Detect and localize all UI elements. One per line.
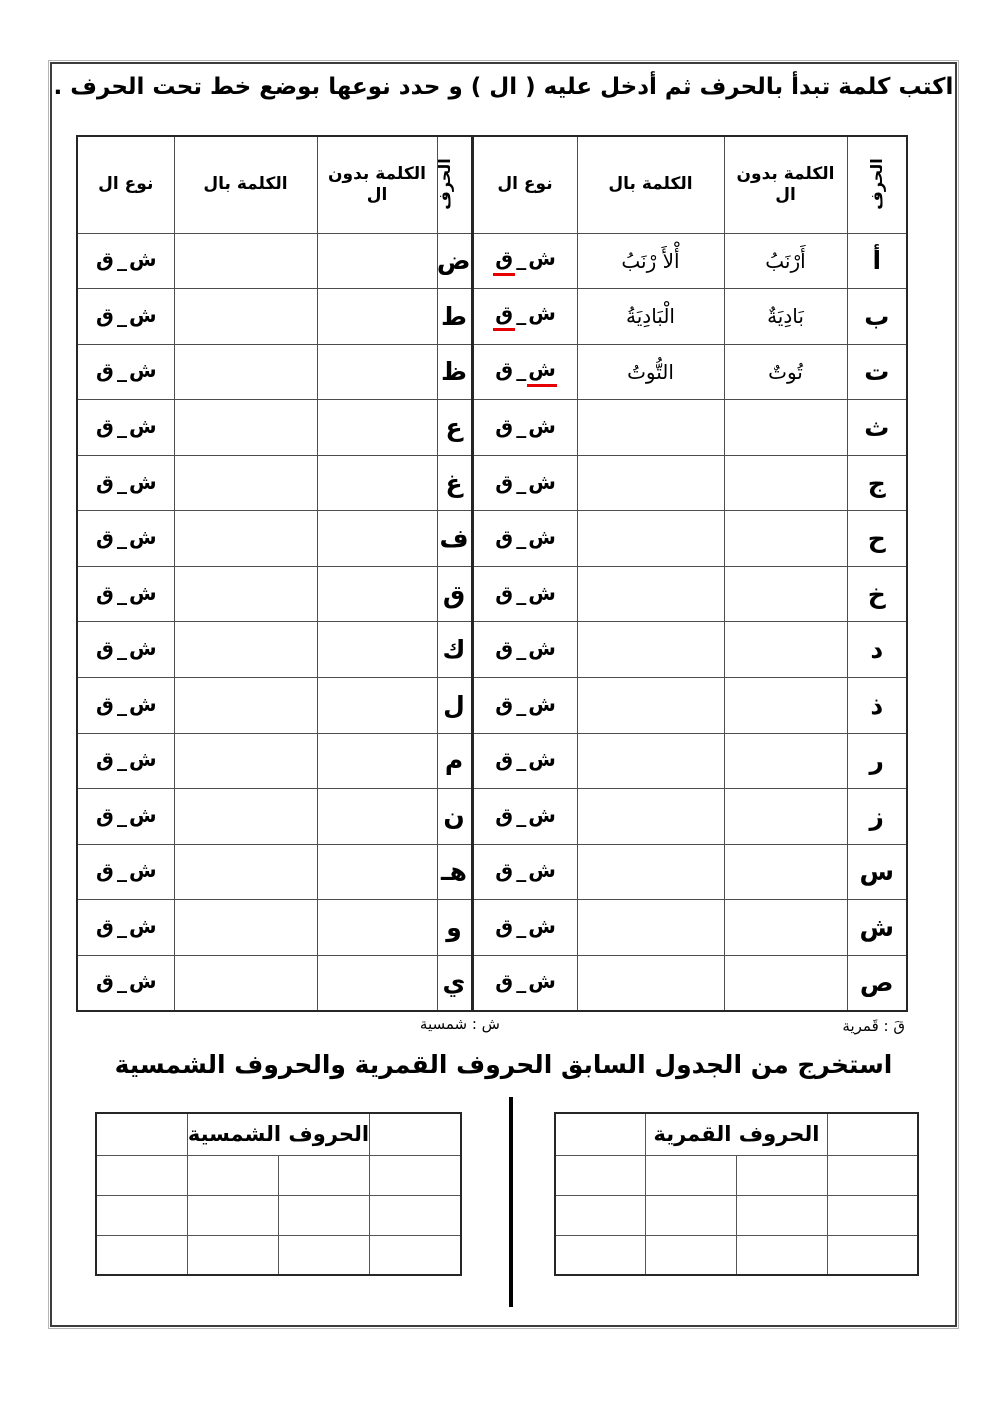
word-without-al-cell-left <box>317 955 437 1011</box>
answer-cell <box>555 1235 646 1275</box>
moon-option: ق <box>94 414 116 441</box>
answer-cell <box>96 1195 187 1235</box>
sun-option: ش <box>128 969 158 996</box>
option-separator: _ <box>116 969 128 993</box>
moon-option: ق <box>94 581 116 608</box>
answer-row <box>96 1155 461 1195</box>
sun-option: ش <box>128 803 158 830</box>
word-with-al-cell-right <box>577 955 724 1011</box>
extract-instruction-title: استخرج من الجدول السابق الحروف القمرية و… <box>52 1050 955 1079</box>
sun-option: ش <box>128 581 158 608</box>
moon-option: ق <box>94 525 116 552</box>
sun-option: ش <box>527 470 557 497</box>
sun-option: ش <box>527 914 557 941</box>
sun-option: ش <box>128 303 158 330</box>
option-separator: _ <box>116 747 128 771</box>
moon-option: ق <box>493 969 515 996</box>
word-with-al-cell-left <box>174 678 317 734</box>
moon-option: ق <box>94 247 116 274</box>
table-row: خ ش_ق ق ش_ق <box>77 566 907 622</box>
answer-cell <box>370 1155 461 1195</box>
table-row: ر ش_ق م ش_ق <box>77 733 907 789</box>
al-type-cell-right: ش_ق <box>472 733 577 789</box>
word-without-al-cell-right <box>724 511 847 567</box>
sun-option: ش <box>527 246 557 273</box>
header-al-type-left: نوع ال <box>77 136 174 233</box>
option-separator: _ <box>116 358 128 382</box>
word-with-al-cell-left <box>174 455 317 511</box>
word-with-al-cell-left <box>174 511 317 567</box>
moon-option: ق <box>493 470 515 497</box>
letter-cell-right: ش <box>847 900 907 956</box>
answer-cell <box>737 1155 828 1195</box>
sun-table-title: الحروف الشمسية <box>187 1113 370 1155</box>
word-with-al-cell-left <box>174 733 317 789</box>
instruction-title: اكتب كلمة تبدأ بالحرف ثم أدخل عليه ( ال … <box>52 74 955 100</box>
al-type-cell-left: ش_ق <box>77 789 174 845</box>
table-row: س ش_ق هـ ش_ق <box>77 844 907 900</box>
option-separator: _ <box>515 525 527 549</box>
word-without-al-cell-right <box>724 455 847 511</box>
sun-option: ش <box>527 858 557 885</box>
al-type-cell-right: ش_ق <box>472 789 577 845</box>
moon-option: ق <box>94 914 116 941</box>
answer-cell <box>370 1235 461 1275</box>
option-separator: _ <box>515 692 527 716</box>
option-separator: _ <box>515 414 527 438</box>
moon-option: ق <box>493 636 515 663</box>
legend-sun: ش : شمسية <box>420 1015 500 1033</box>
option-separator: _ <box>515 470 527 494</box>
al-type-cell-left: ش_ق <box>77 511 174 567</box>
sun-option: ش <box>527 969 557 996</box>
answer-cell <box>827 1155 918 1195</box>
word-with-al-cell-right: أْلأَ رْنَبُ <box>577 233 724 289</box>
letter-cell-left: ف <box>437 511 472 567</box>
empty-cell <box>827 1113 918 1155</box>
letter-header-rotated: الحرف <box>437 158 455 210</box>
empty-cell <box>555 1113 646 1155</box>
al-type-cell-right: ش_ق <box>472 955 577 1011</box>
word-with-al-cell-left <box>174 900 317 956</box>
table-row: أ أَرْنَبُ أْلأَ رْنَبُ ش_ق ض ش_ق <box>77 233 907 289</box>
word-with-al-cell-left <box>174 844 317 900</box>
option-separator: _ <box>515 803 527 827</box>
word-without-al-cell-left <box>317 678 437 734</box>
option-separator: _ <box>515 636 527 660</box>
letter-cell-left: غ <box>437 455 472 511</box>
al-type-cell-left: ش_ق <box>77 400 174 456</box>
table-row: ص ش_ق ي ش_ق <box>77 955 907 1011</box>
moon-option: ق <box>493 858 515 885</box>
word-without-al-cell-right <box>724 622 847 678</box>
word-without-al-cell-right: بَادِيَةٌ <box>724 289 847 345</box>
moon-option: ق <box>493 357 515 384</box>
table-row: د ش_ق ك ش_ق <box>77 622 907 678</box>
al-type-cell-left: ش_ق <box>77 233 174 289</box>
word-without-al-cell-left <box>317 566 437 622</box>
empty-cell <box>96 1113 187 1155</box>
word-without-al-cell-left <box>317 511 437 567</box>
moon-option: ق <box>493 525 515 552</box>
word-without-al-cell-right <box>724 733 847 789</box>
header-word-with-al-right: الكلمة بال <box>577 136 724 233</box>
empty-cell <box>370 1113 461 1155</box>
word-without-al-cell-left <box>317 289 437 345</box>
option-separator: _ <box>116 247 128 271</box>
answer-cell <box>827 1195 918 1235</box>
word-with-al-cell-right: الْبَادِيَةُ <box>577 289 724 345</box>
word-with-al-cell-right <box>577 678 724 734</box>
word-without-al-cell-right <box>724 955 847 1011</box>
al-type-cell-left: ش_ق <box>77 900 174 956</box>
moon-option: ق <box>94 803 116 830</box>
moon-option: ق <box>493 414 515 441</box>
letter-cell-right: ز <box>847 789 907 845</box>
moon-option: ق <box>493 747 515 774</box>
legend-moon: قَ : قَمرية <box>842 1017 905 1035</box>
moon-option: ق <box>493 914 515 941</box>
word-with-al-cell-right <box>577 622 724 678</box>
al-type-cell-left: ش_ق <box>77 678 174 734</box>
answer-cell <box>370 1195 461 1235</box>
word-with-al-cell-right <box>577 789 724 845</box>
sun-option: ش <box>527 301 557 328</box>
answer-row <box>96 1195 461 1235</box>
al-type-cell-left: ش_ق <box>77 289 174 345</box>
sun-option: ش <box>128 747 158 774</box>
moon-letters-table: الحروف القمرية <box>554 1112 919 1276</box>
word-with-al-cell-left <box>174 566 317 622</box>
letter-cell-right: د <box>847 622 907 678</box>
option-separator: _ <box>116 303 128 327</box>
table-row: ج ش_ق غ ش_ق <box>77 455 907 511</box>
letter-cell-left: هـ <box>437 844 472 900</box>
header-row: الحرف الكلمة بدون ال الكلمة بال نوع ال ا… <box>77 136 907 233</box>
option-separator: _ <box>515 581 527 605</box>
word-with-al-cell-right <box>577 900 724 956</box>
word-with-al-cell-left <box>174 400 317 456</box>
sun-option: ش <box>527 636 557 663</box>
letter-cell-left: ظ <box>437 344 472 400</box>
word-without-al-cell-right <box>724 789 847 845</box>
option-separator: _ <box>515 301 527 325</box>
sun-option: ش <box>128 358 158 385</box>
word-with-al-cell-right <box>577 566 724 622</box>
answer-cell <box>827 1235 918 1275</box>
letter-cell-right: ر <box>847 733 907 789</box>
letter-cell-right: س <box>847 844 907 900</box>
al-type-cell-left: ش_ق <box>77 733 174 789</box>
letter-cell-right: ج <box>847 455 907 511</box>
letter-cell-right: ذ <box>847 678 907 734</box>
option-separator: _ <box>116 414 128 438</box>
table-row: ز ش_ق ن ش_ق <box>77 789 907 845</box>
letter-cell-left: ل <box>437 678 472 734</box>
moon-table-title: الحروف القمرية <box>646 1113 828 1155</box>
word-without-al-cell-left <box>317 844 437 900</box>
answer-cell <box>737 1235 828 1275</box>
al-type-cell-right: ش_ق <box>472 344 577 400</box>
word-without-al-cell-left <box>317 455 437 511</box>
main-table-header: الحرف الكلمة بدون ال الكلمة بال نوع ال ا… <box>77 136 907 233</box>
answer-cell <box>646 1195 737 1235</box>
option-separator: _ <box>515 357 527 381</box>
answer-cell <box>555 1155 646 1195</box>
word-with-al-cell-left <box>174 233 317 289</box>
word-without-al-cell-right <box>724 900 847 956</box>
answer-cell <box>555 1195 646 1235</box>
word-without-al-cell-left <box>317 344 437 400</box>
word-without-al-cell-left <box>317 233 437 289</box>
al-type-cell-right: ش_ق <box>472 233 577 289</box>
word-with-al-cell-left <box>174 289 317 345</box>
al-type-cell-left: ش_ق <box>77 955 174 1011</box>
al-type-cell-right: ش_ق <box>472 455 577 511</box>
al-type-cell-left: ش_ق <box>77 344 174 400</box>
word-with-al-cell-right: التُّوتُ <box>577 344 724 400</box>
sun-option: ش <box>128 914 158 941</box>
answer-cell <box>187 1155 278 1195</box>
al-type-cell-left: ش_ق <box>77 566 174 622</box>
al-classification-table: الحرف الكلمة بدون ال الكلمة بال نوع ال ا… <box>76 135 908 1012</box>
word-with-al-cell-left <box>174 344 317 400</box>
letter-cell-right: ت <box>847 344 907 400</box>
letter-cell-left: و <box>437 900 472 956</box>
sun-table-header-row: الحروف الشمسية <box>96 1113 461 1155</box>
header-word-with-al-left: الكلمة بال <box>174 136 317 233</box>
letter-cell-right: خ <box>847 566 907 622</box>
vertical-divider <box>509 1097 513 1307</box>
answer-row <box>96 1235 461 1275</box>
option-separator: _ <box>515 747 527 771</box>
word-without-al-cell-right: تُوتٌ <box>724 344 847 400</box>
word-without-al-cell-right: أَرْنَبُ <box>724 233 847 289</box>
sun-option: ش <box>527 581 557 608</box>
al-type-cell-right: ش_ق <box>472 400 577 456</box>
word-with-al-cell-right <box>577 400 724 456</box>
letter-cell-left: ض <box>437 233 472 289</box>
moon-option: ق <box>94 747 116 774</box>
letter-cell-right: ب <box>847 289 907 345</box>
letter-cell-left: ط <box>437 289 472 345</box>
moon-table-header-row: الحروف القمرية <box>555 1113 918 1155</box>
option-separator: _ <box>515 858 527 882</box>
sun-option: ش <box>527 414 557 441</box>
table-row: ب بَادِيَةٌ الْبَادِيَةُ ش_ق ط ش_ق <box>77 289 907 345</box>
option-separator: _ <box>116 692 128 716</box>
sun-option: ش <box>128 414 158 441</box>
header-letter-right: الحرف <box>847 136 907 233</box>
al-type-cell-right: ش_ق <box>472 622 577 678</box>
table-row: ش ش_ق و ش_ق <box>77 900 907 956</box>
answer-row <box>555 1235 918 1275</box>
sun-option: ش <box>527 803 557 830</box>
al-type-cell-left: ش_ق <box>77 844 174 900</box>
option-separator: _ <box>116 858 128 882</box>
table-row: ث ش_ق ع ش_ق <box>77 400 907 456</box>
word-with-al-cell-right <box>577 511 724 567</box>
word-without-al-cell-left <box>317 900 437 956</box>
word-without-al-cell-right <box>724 844 847 900</box>
al-type-cell-right: ش_ق <box>472 566 577 622</box>
option-separator: _ <box>116 581 128 605</box>
option-separator: _ <box>116 914 128 938</box>
sun-option: ش <box>128 858 158 885</box>
sun-option: ش <box>527 357 557 387</box>
al-type-cell-right: ش_ق <box>472 900 577 956</box>
al-type-cell-right: ش_ق <box>472 511 577 567</box>
sun-option: ش <box>128 247 158 274</box>
word-without-al-cell-left <box>317 789 437 845</box>
sun-option: ش <box>128 636 158 663</box>
answer-cell <box>646 1235 737 1275</box>
letter-cell-right: ث <box>847 400 907 456</box>
al-type-cell-right: ش_ق <box>472 678 577 734</box>
table-row: ح ش_ق ف ش_ق <box>77 511 907 567</box>
letter-cell-left: ي <box>437 955 472 1011</box>
letter-cell-left: ن <box>437 789 472 845</box>
moon-option: ق <box>493 803 515 830</box>
answer-cell <box>96 1235 187 1275</box>
word-without-al-cell-right <box>724 678 847 734</box>
moon-option: ق <box>94 358 116 385</box>
moon-option: ق <box>94 636 116 663</box>
word-with-al-cell-left <box>174 789 317 845</box>
answer-cell <box>187 1235 278 1275</box>
answer-row <box>555 1155 918 1195</box>
moon-option: ق <box>493 246 515 276</box>
moon-option: ق <box>94 692 116 719</box>
moon-option: ق <box>94 470 116 497</box>
sun-option: ش <box>128 525 158 552</box>
moon-option: ق <box>493 581 515 608</box>
main-table-body: أ أَرْنَبُ أْلأَ رْنَبُ ش_ق ض ش_ق ب بَاد… <box>77 233 907 1011</box>
letter-cell-right: أ <box>847 233 907 289</box>
letter-cell-right: ص <box>847 955 907 1011</box>
option-separator: _ <box>515 914 527 938</box>
answer-cell <box>187 1195 278 1235</box>
moon-option: ق <box>94 969 116 996</box>
worksheet-page: { "page": { "instruction": "اكتب كلمة تب… <box>0 0 992 1403</box>
letter-cell-left: ق <box>437 566 472 622</box>
answer-cell <box>279 1155 370 1195</box>
al-type-cell-left: ش_ق <box>77 622 174 678</box>
answer-cell <box>96 1155 187 1195</box>
word-without-al-cell-left <box>317 733 437 789</box>
word-without-al-cell-right <box>724 566 847 622</box>
sun-option: ش <box>527 747 557 774</box>
sun-option: ش <box>527 692 557 719</box>
word-with-al-cell-right <box>577 455 724 511</box>
moon-option: ق <box>493 301 515 331</box>
sun-option: ش <box>128 692 158 719</box>
table-row: ذ ش_ق ل ش_ق <box>77 678 907 734</box>
option-separator: _ <box>515 969 527 993</box>
letter-cell-left: م <box>437 733 472 789</box>
sun-option: ش <box>527 525 557 552</box>
moon-option: ق <box>94 303 116 330</box>
header-word-without-al-right: الكلمة بدون ال <box>724 136 847 233</box>
word-without-al-cell-left <box>317 622 437 678</box>
option-separator: _ <box>116 636 128 660</box>
answer-row <box>555 1195 918 1235</box>
moon-option: ق <box>94 858 116 885</box>
answer-cell <box>279 1195 370 1235</box>
word-with-al-cell-right <box>577 733 724 789</box>
word-with-al-cell-left <box>174 955 317 1011</box>
al-type-cell-left: ش_ق <box>77 455 174 511</box>
answer-cell <box>279 1235 370 1275</box>
sun-letters-table: الحروف الشمسية <box>95 1112 462 1276</box>
header-al-type-right: نوع ال <box>472 136 577 233</box>
sun-option: ش <box>128 470 158 497</box>
al-type-cell-right: ش_ق <box>472 289 577 345</box>
option-separator: _ <box>116 803 128 827</box>
header-word-without-al-left: الكلمة بدون ال <box>317 136 437 233</box>
moon-option: ق <box>493 692 515 719</box>
option-separator: _ <box>116 525 128 549</box>
letter-cell-left: ك <box>437 622 472 678</box>
word-without-al-cell-left <box>317 400 437 456</box>
al-type-cell-right: ش_ق <box>472 844 577 900</box>
header-letter-left: الحرف <box>437 136 472 233</box>
word-with-al-cell-right <box>577 844 724 900</box>
word-with-al-cell-left <box>174 622 317 678</box>
letter-cell-left: ع <box>437 400 472 456</box>
page-border-frame: اكتب كلمة تبدأ بالحرف ثم أدخل عليه ( ال … <box>50 62 957 1327</box>
answer-cell <box>646 1155 737 1195</box>
option-separator: _ <box>515 246 527 270</box>
letter-header-rotated: الحرف <box>867 158 887 210</box>
word-without-al-cell-right <box>724 400 847 456</box>
table-row: ت تُوتٌ التُّوتُ ش_ق ظ ش_ق <box>77 344 907 400</box>
letter-cell-right: ح <box>847 511 907 567</box>
option-separator: _ <box>116 470 128 494</box>
answer-cell <box>737 1195 828 1235</box>
